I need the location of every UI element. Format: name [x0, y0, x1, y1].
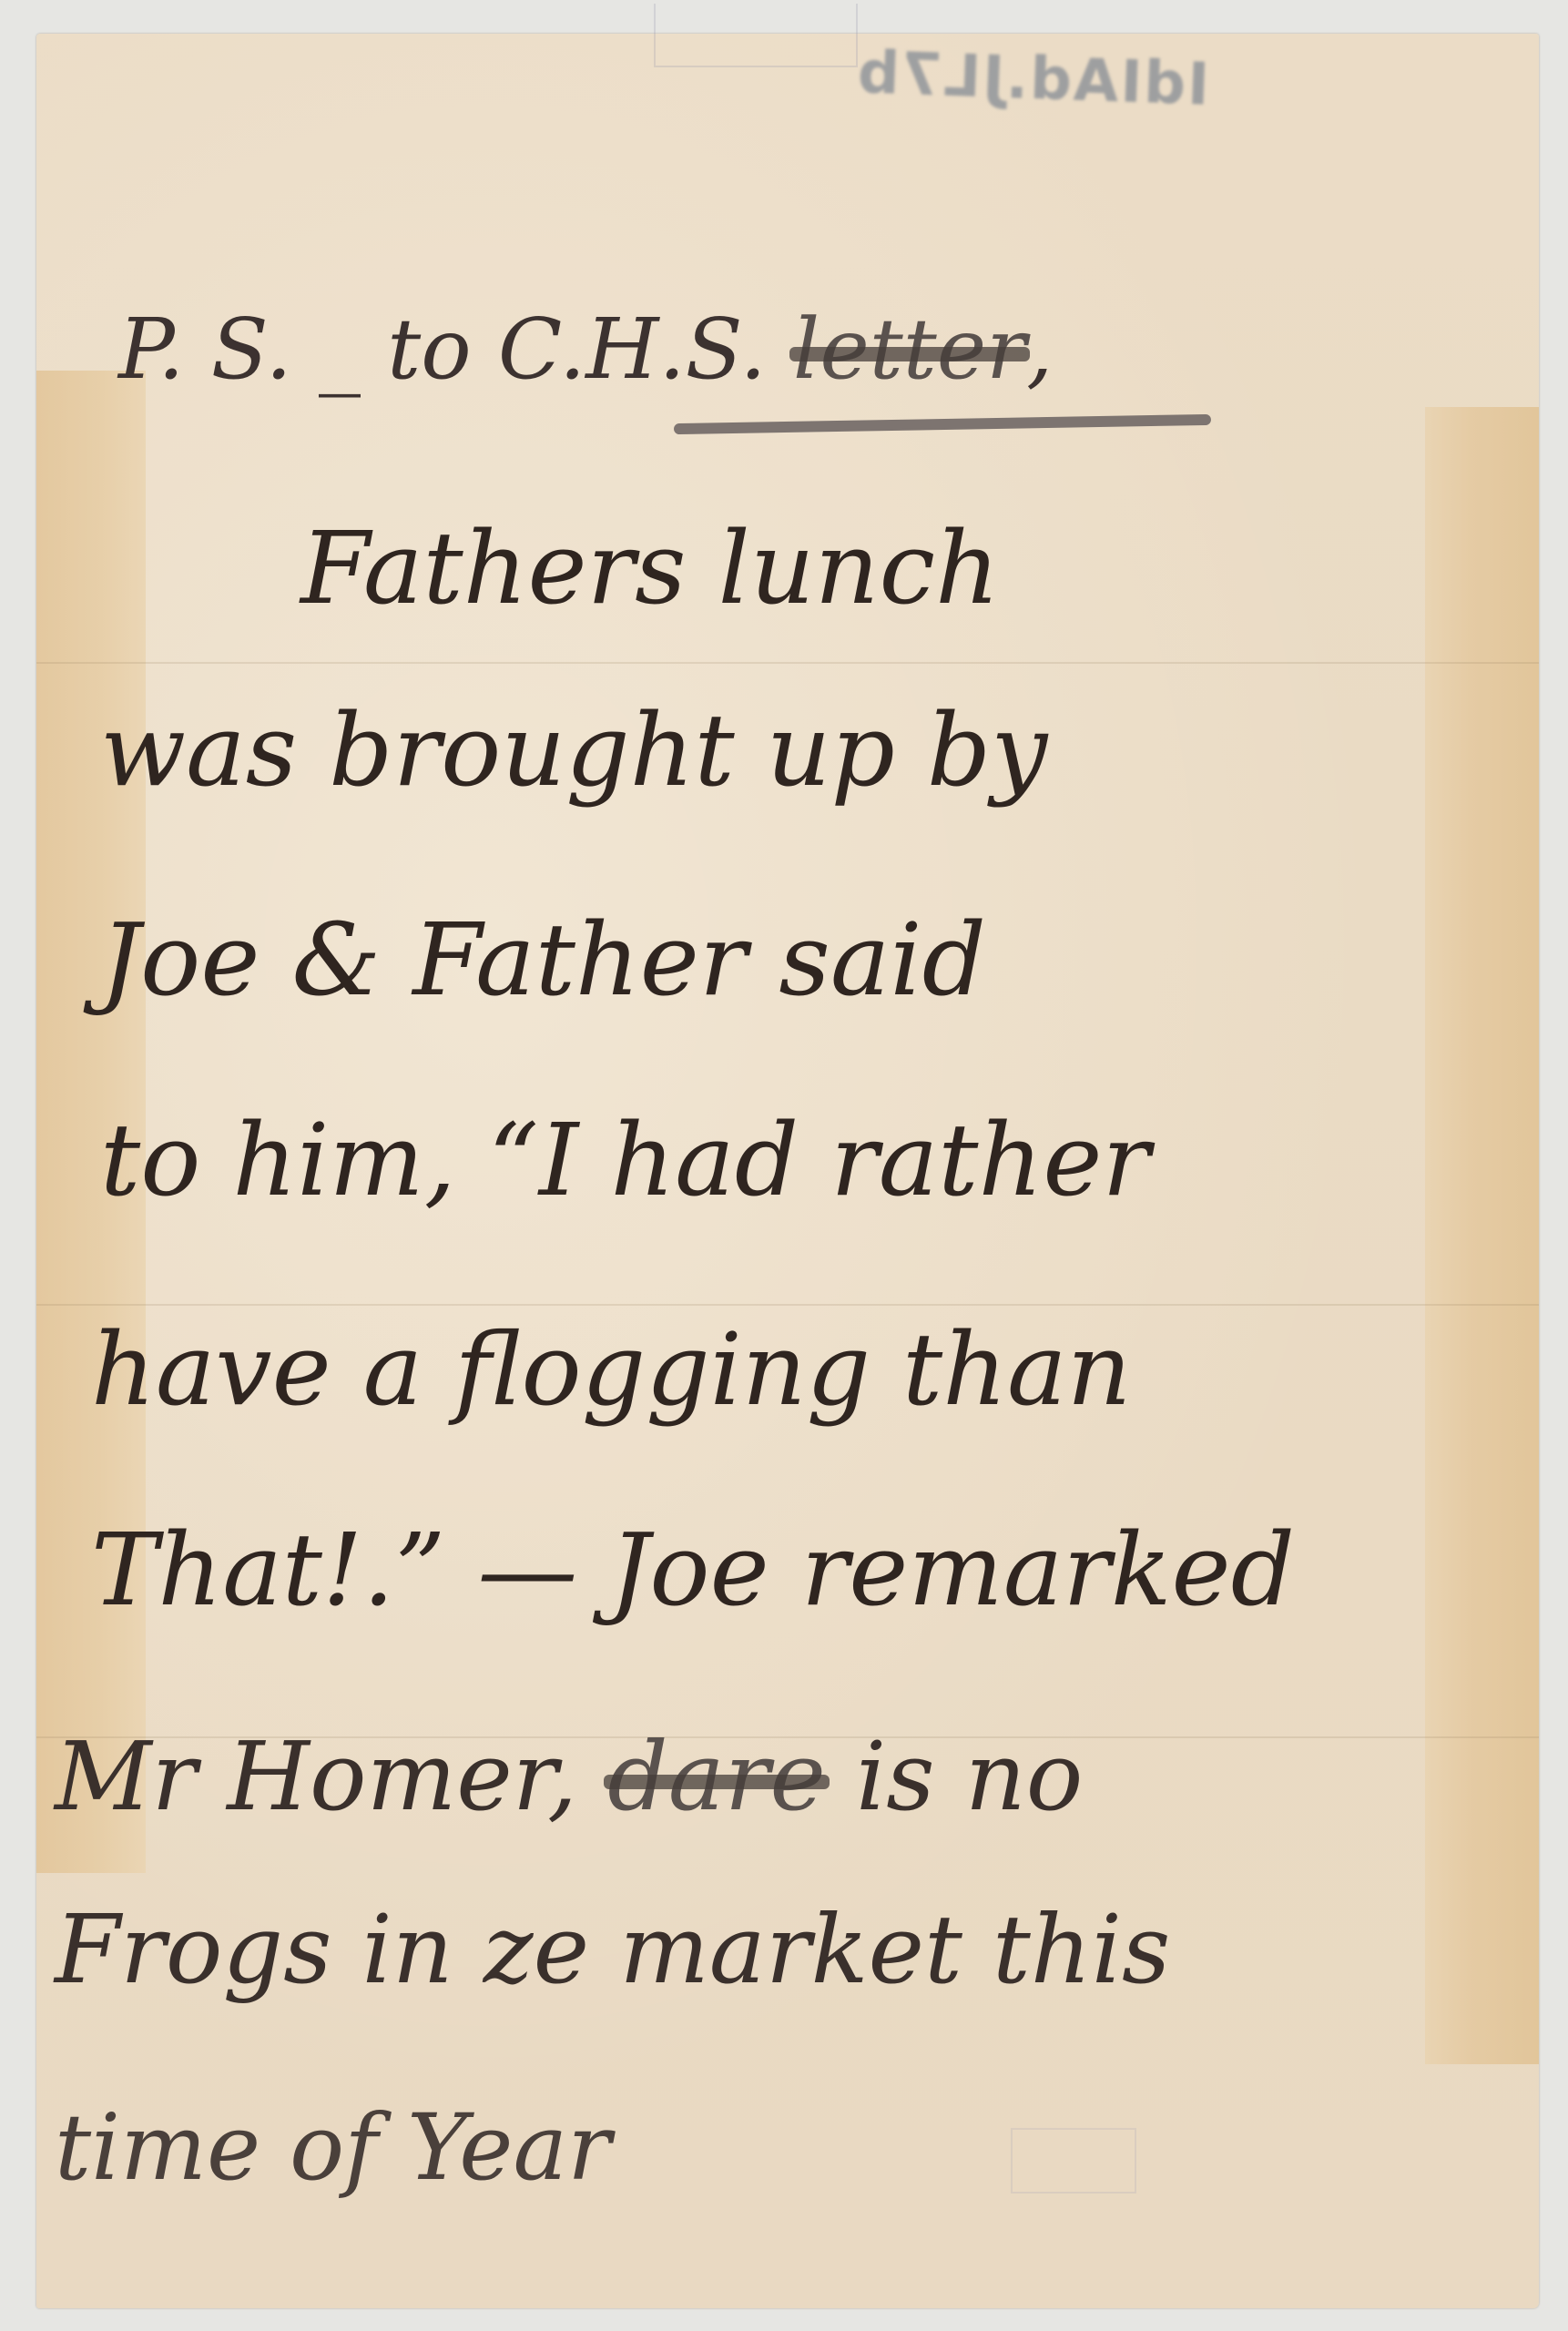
letter-line: Fathers lunch — [300, 510, 1000, 626]
letter-line: was brought up by — [100, 692, 1047, 809]
letter-line: Frogs in ze market this — [55, 1894, 1170, 2005]
archive-stamp-box — [654, 4, 858, 67]
letter-line: Mr Homer, dare is no — [55, 1721, 1083, 1832]
line-text: Mr Homer, — [55, 1721, 607, 1832]
line-text: is no — [826, 1721, 1083, 1832]
archive-stamp-box — [1011, 2128, 1136, 2194]
fold-line — [36, 1304, 1539, 1306]
letter-header: P. S. _ to C.H.S. letter, — [118, 300, 1053, 398]
tape-strip-right — [1425, 407, 1539, 2064]
letter-line: to him, “I had rather — [100, 1102, 1150, 1218]
letter-line: time of Year — [55, 2094, 611, 2201]
header-initials: C.H.S. — [498, 300, 767, 398]
letter-line: have a flogging than — [91, 1311, 1132, 1428]
struck-word: letter — [793, 300, 1026, 398]
letter-line: Joe & Father said — [100, 901, 986, 1018]
fold-line — [36, 662, 1539, 664]
letter-line: That!.” — Joe remarked — [91, 1512, 1295, 1628]
archive-mark: IdIAd.JL7b — [855, 39, 1210, 118]
header-suffix: , — [1026, 300, 1053, 398]
header-prefix: P. S. _ to — [118, 300, 472, 398]
struck-word: dare — [607, 1721, 826, 1832]
